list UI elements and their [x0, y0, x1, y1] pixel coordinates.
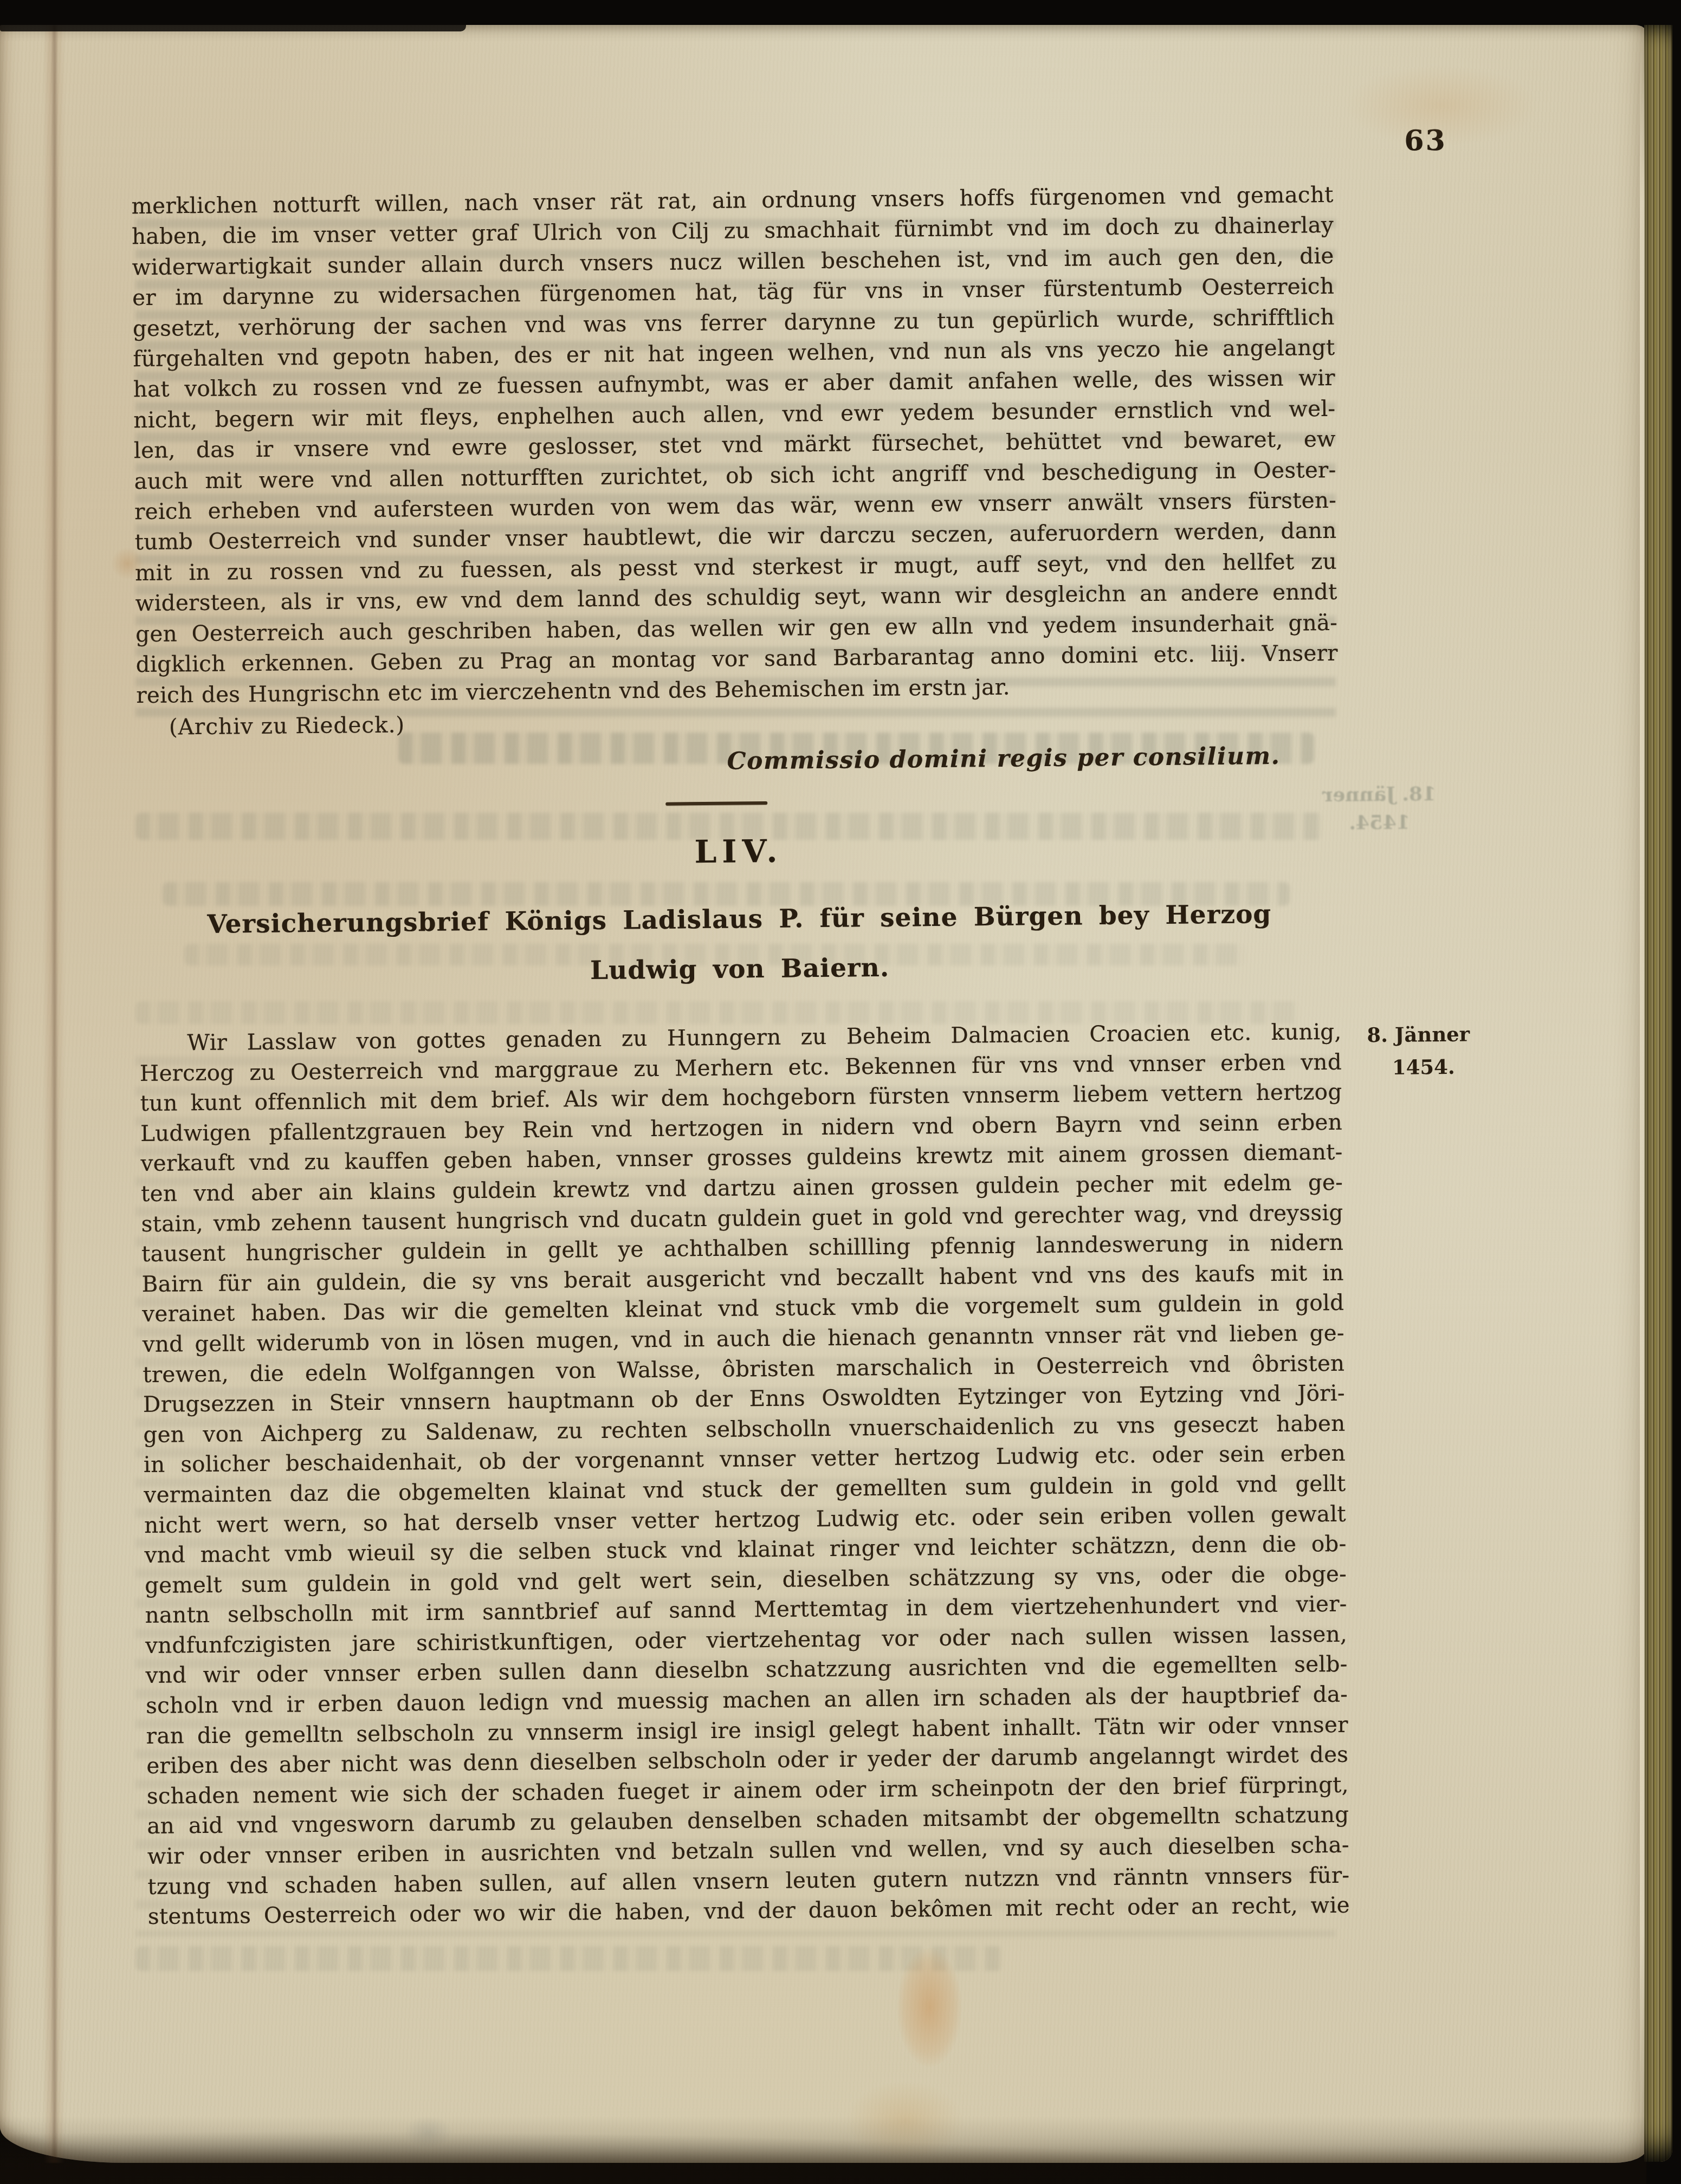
- commissio-note: Commissio domini regis per consilium.: [727, 742, 1280, 775]
- margin-date-note: 8. Jänner 1454.: [1367, 1018, 1497, 1084]
- margin-date-day: 8. Jänner: [1367, 1022, 1470, 1047]
- document-liv-title-line1: Versicherungsbrief Königs Ladislaus P. f…: [138, 899, 1340, 940]
- page-number: 63: [1382, 124, 1469, 158]
- archive-source-note: (Archiv zu Riedeck.): [169, 711, 405, 740]
- margin-date-year: 1454.: [1367, 1050, 1498, 1084]
- document-liii-lines: merklichen notturft willen, nach vnser r…: [131, 179, 1338, 680]
- printed-text-layer: 63 merklichen notturft willen, nach vnse…: [0, 0, 1681, 2184]
- showthrough-margin-date: 18. Jänner 1454.: [1317, 780, 1442, 837]
- book-scan: 63 merklichen notturft willen, nach vnse…: [0, 0, 1681, 2184]
- document-liv-lines: Wir Lasslaw von gottes genaden zu Hunnge…: [139, 1017, 1350, 1932]
- document-liv-paragraph: Wir Lasslaw von gottes genaden zu Hunnge…: [139, 1017, 1350, 1932]
- document-liv-number: LIV.: [138, 827, 1340, 876]
- section-divider-rule: [665, 801, 767, 806]
- showthrough-margin-date-year: 1454.: [1349, 811, 1410, 834]
- document-liv-title-line2: Ludwig von Baiern.: [139, 949, 1341, 990]
- showthrough-margin-date-day: 18. Jänner: [1322, 782, 1436, 806]
- document-liii-paragraph: merklichen notturft willen, nach vnser r…: [131, 179, 1338, 710]
